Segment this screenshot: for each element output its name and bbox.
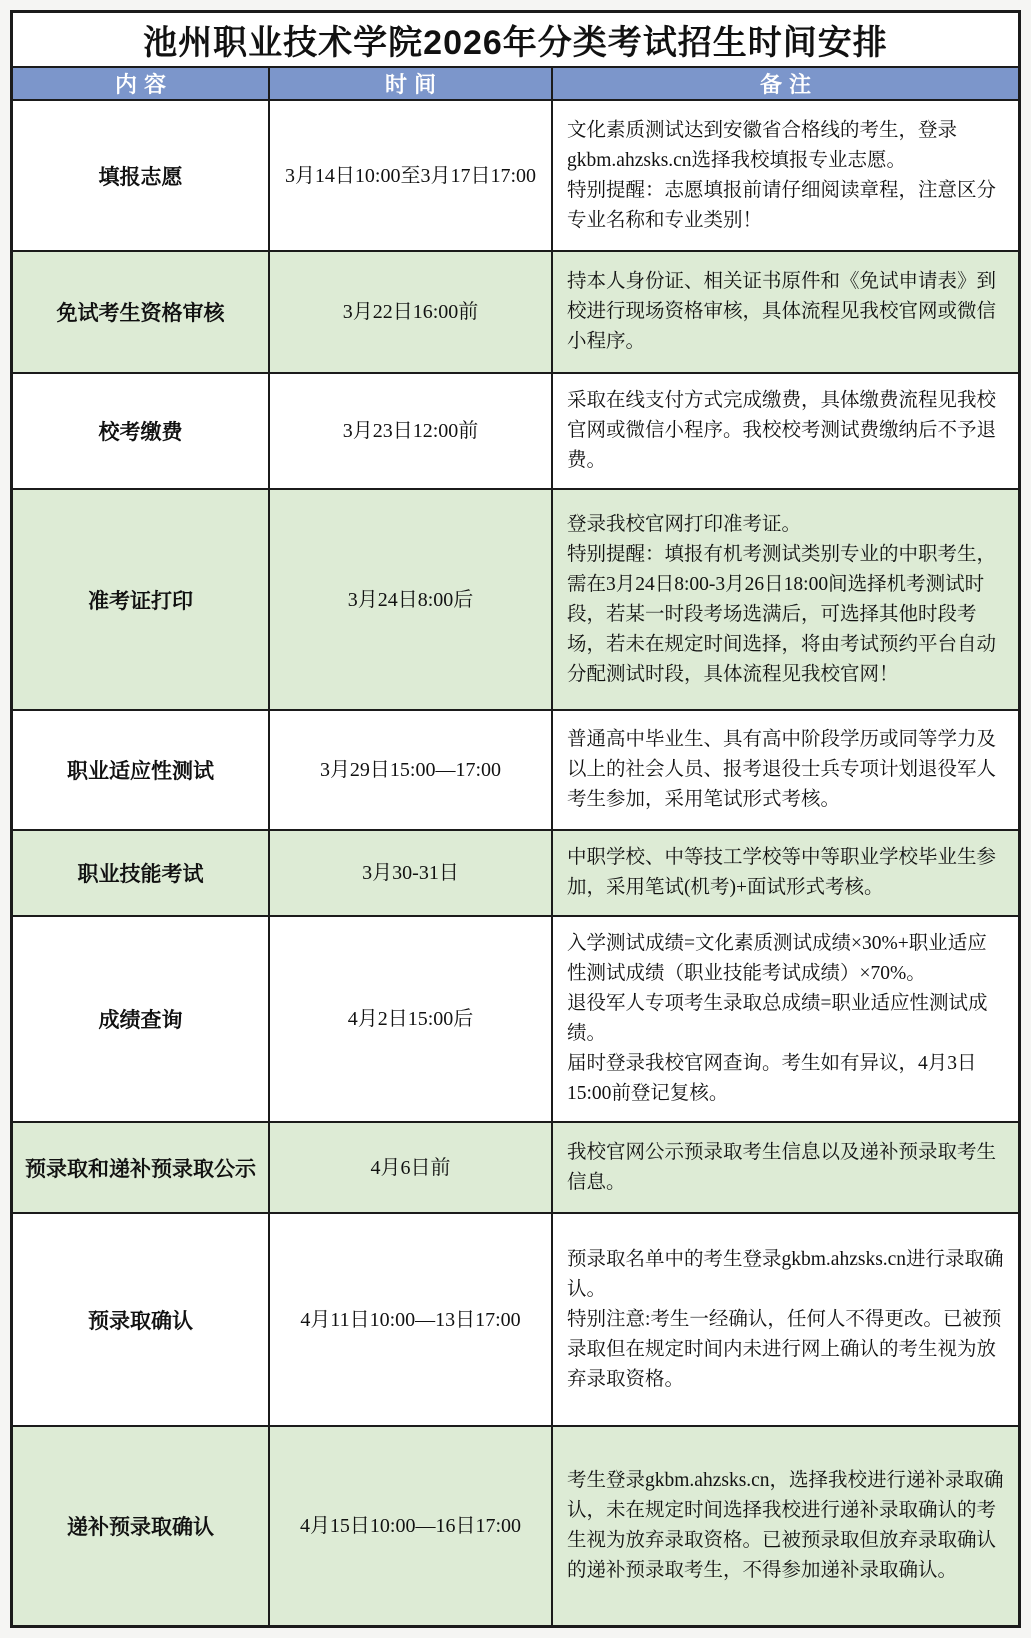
table-body: 填报志愿 3月14日10:00至3月17日17:00 文化素质测试达到安徽省合格… (13, 99, 1018, 1625)
content-cell: 准考证打印 (13, 490, 268, 709)
time-cell: 4月6日前 (268, 1123, 551, 1212)
content-cell: 预录取和递补预录取公示 (13, 1123, 268, 1212)
time-cell: 3月14日10:00至3月17日17:00 (268, 101, 551, 250)
title-band: 池州职业技术学院2026年分类考试招生时间安排 (13, 13, 1018, 66)
note-cell: 持本人身份证、相关证书原件和《免试申请表》到校进行现场资格审核，具体流程见我校官… (551, 252, 1018, 372)
table-row: 预录取和递补预录取公示 4月6日前 我校官网公示预录取考生信息以及递补预录取考生… (13, 1121, 1018, 1212)
note-cell: 文化素质测试达到安徽省合格线的考生，登录gkbm.ahzsks.cn选择我校填报… (551, 101, 1018, 250)
content-cell: 递补预录取确认 (13, 1427, 268, 1625)
time-cell: 4月2日15:00后 (268, 917, 551, 1121)
column-header-time: 时间 (268, 68, 551, 99)
note-cell: 入学测试成绩=文化素质测试成绩×30%+职业适应性测试成绩（职业技能考试成绩）×… (551, 917, 1018, 1121)
note-cell: 预录取名单中的考生登录gkbm.ahzsks.cn进行录取确认。 特别注意:考生… (551, 1214, 1018, 1425)
table-row: 预录取确认 4月11日10:00—13日17:00 预录取名单中的考生登录gkb… (13, 1212, 1018, 1425)
content-cell: 校考缴费 (13, 374, 268, 488)
table-header-row: 内容 时间 备注 (13, 66, 1018, 99)
note-cell: 考生登录gkbm.ahzsks.cn，选择我校进行递补录取确认，未在规定时间选择… (551, 1427, 1018, 1625)
note-cell: 普通高中毕业生、具有高中阶段学历或同等学力及以上的社会人员、报考退役士兵专项计划… (551, 711, 1018, 829)
note-cell: 我校官网公示预录取考生信息以及递补预录取考生信息。 (551, 1123, 1018, 1212)
column-header-note: 备注 (551, 68, 1018, 99)
table-row: 职业技能考试 3月30-31日 中职学校、中等技工学校等中等职业学校毕业生参加，… (13, 829, 1018, 915)
content-cell: 职业技能考试 (13, 831, 268, 915)
time-cell: 3月24日8:00后 (268, 490, 551, 709)
column-header-content: 内容 (13, 68, 268, 99)
table-row: 递补预录取确认 4月15日10:00—16日17:00 考生登录gkbm.ahz… (13, 1425, 1018, 1625)
content-cell: 预录取确认 (13, 1214, 268, 1425)
content-cell: 成绩查询 (13, 917, 268, 1121)
table-row: 免试考生资格审核 3月22日16:00前 持本人身份证、相关证书原件和《免试申请… (13, 250, 1018, 372)
content-cell: 职业适应性测试 (13, 711, 268, 829)
content-cell: 填报志愿 (13, 101, 268, 250)
time-cell: 4月15日10:00—16日17:00 (268, 1427, 551, 1625)
page-title: 池州职业技术学院2026年分类考试招生时间安排 (143, 15, 888, 64)
content-cell: 免试考生资格审核 (13, 252, 268, 372)
table-row: 准考证打印 3月24日8:00后 登录我校官网打印准考证。 特别提醒：填报有机考… (13, 488, 1018, 709)
time-cell: 3月22日16:00前 (268, 252, 551, 372)
time-cell: 4月11日10:00—13日17:00 (268, 1214, 551, 1425)
note-cell: 采取在线支付方式完成缴费，具体缴费流程见我校官网或微信小程序。我校校考测试费缴纳… (551, 374, 1018, 488)
table-row: 校考缴费 3月23日12:00前 采取在线支付方式完成缴费，具体缴费流程见我校官… (13, 372, 1018, 488)
time-cell: 3月29日15:00—17:00 (268, 711, 551, 829)
note-cell: 中职学校、中等技工学校等中等职业学校毕业生参加，采用笔试(机考)+面试形式考核。 (551, 831, 1018, 915)
table-row: 职业适应性测试 3月29日15:00—17:00 普通高中毕业生、具有高中阶段学… (13, 709, 1018, 829)
time-cell: 3月30-31日 (268, 831, 551, 915)
table-row: 填报志愿 3月14日10:00至3月17日17:00 文化素质测试达到安徽省合格… (13, 99, 1018, 250)
note-cell: 登录我校官网打印准考证。 特别提醒：填报有机考测试类别专业的中职考生，需在3月2… (551, 490, 1018, 709)
schedule-table: 池州职业技术学院2026年分类考试招生时间安排 内容 时间 备注 填报志愿 3月… (10, 10, 1021, 1628)
time-cell: 3月23日12:00前 (268, 374, 551, 488)
table-row: 成绩查询 4月2日15:00后 入学测试成绩=文化素质测试成绩×30%+职业适应… (13, 915, 1018, 1121)
